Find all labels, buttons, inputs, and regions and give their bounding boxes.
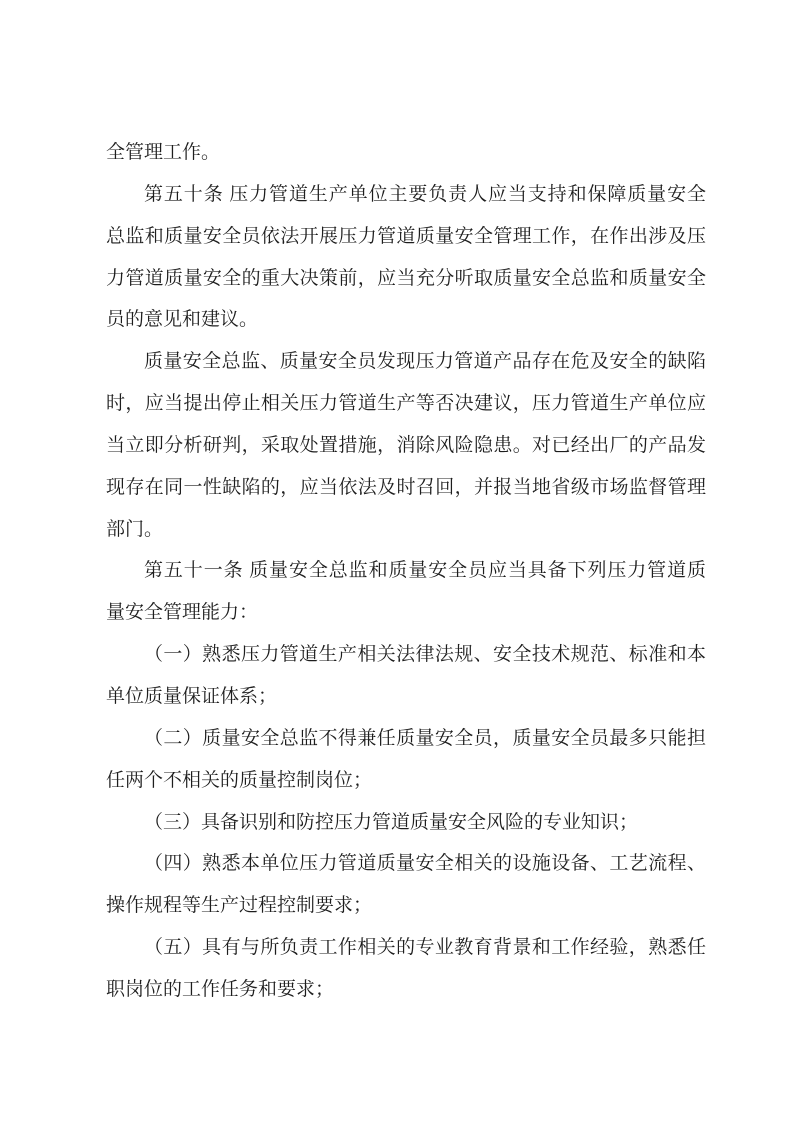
paragraph: 全管理工作。 bbox=[106, 132, 706, 174]
paragraph: （四）熟悉本单位压力管道质量安全相关的设施设备、工艺流程、操作规程等生产过程控制… bbox=[106, 843, 706, 927]
text-line: 力管道质量安全的重大决策前，应当充分听取质量安全总监和质量安全 bbox=[106, 258, 706, 300]
paragraph: 第五十一条 质量安全总监和质量安全员应当具备下列压力管道质量安全管理能力： bbox=[106, 550, 706, 634]
document-content: 全管理工作。第五十条 压力管道生产单位主要负责人应当支持和保障质量安全总监和质量… bbox=[106, 132, 706, 1011]
text-line: （二）质量安全总监不得兼任质量安全员，质量安全员最多只能担 bbox=[106, 718, 706, 760]
paragraph: （五）具有与所负责工作相关的专业教育背景和工作经验，熟悉任职岗位的工作任务和要求… bbox=[106, 927, 706, 1011]
text-line: 时，应当提出停止相关压力管道生产等否决建议，压力管道生产单位应 bbox=[106, 383, 706, 425]
text-line: （一）熟悉压力管道生产相关法律法规、安全技术规范、标准和本 bbox=[106, 634, 706, 676]
text-line: 总监和质量安全员依法开展压力管道质量安全管理工作，在作出涉及压 bbox=[106, 216, 706, 258]
text-line: 第五十条 压力管道生产单位主要负责人应当支持和保障质量安全 bbox=[106, 174, 706, 216]
text-line: 职岗位的工作任务和要求； bbox=[106, 969, 706, 1011]
text-line: （五）具有与所负责工作相关的专业教育背景和工作经验，熟悉任 bbox=[106, 927, 706, 969]
text-line: 操作规程等生产过程控制要求； bbox=[106, 885, 706, 927]
text-line: （四）熟悉本单位压力管道质量安全相关的设施设备、工艺流程、 bbox=[106, 843, 706, 885]
text-line: 单位质量保证体系； bbox=[106, 676, 706, 718]
paragraph: （一）熟悉压力管道生产相关法律法规、安全技术规范、标准和本单位质量保证体系； bbox=[106, 634, 706, 718]
text-line: 第五十一条 质量安全总监和质量安全员应当具备下列压力管道质 bbox=[106, 550, 706, 592]
text-line: 质量安全总监、质量安全员发现压力管道产品存在危及安全的缺陷 bbox=[106, 341, 706, 383]
text-line: 全管理工作。 bbox=[106, 132, 706, 174]
text-line: 部门。 bbox=[106, 509, 706, 551]
paragraph: （三）具备识别和防控压力管道质量安全风险的专业知识； bbox=[106, 802, 706, 844]
text-line: 任两个不相关的质量控制岗位； bbox=[106, 760, 706, 802]
document-page: 全管理工作。第五十条 压力管道生产单位主要负责人应当支持和保障质量安全总监和质量… bbox=[0, 0, 794, 1122]
text-line: 量安全管理能力： bbox=[106, 592, 706, 634]
text-line: 当立即分析研判，采取处置措施，消除风险隐患。对已经出厂的产品发 bbox=[106, 425, 706, 467]
paragraph: （二）质量安全总监不得兼任质量安全员，质量安全员最多只能担任两个不相关的质量控制… bbox=[106, 718, 706, 802]
text-line: 员的意见和建议。 bbox=[106, 299, 706, 341]
text-line: 现存在同一性缺陷的，应当依法及时召回，并报当地省级市场监督管理 bbox=[106, 467, 706, 509]
paragraph: 质量安全总监、质量安全员发现压力管道产品存在危及安全的缺陷时，应当提出停止相关压… bbox=[106, 341, 706, 550]
text-line: （三）具备识别和防控压力管道质量安全风险的专业知识； bbox=[106, 802, 706, 844]
paragraph: 第五十条 压力管道生产单位主要负责人应当支持和保障质量安全总监和质量安全员依法开… bbox=[106, 174, 706, 341]
